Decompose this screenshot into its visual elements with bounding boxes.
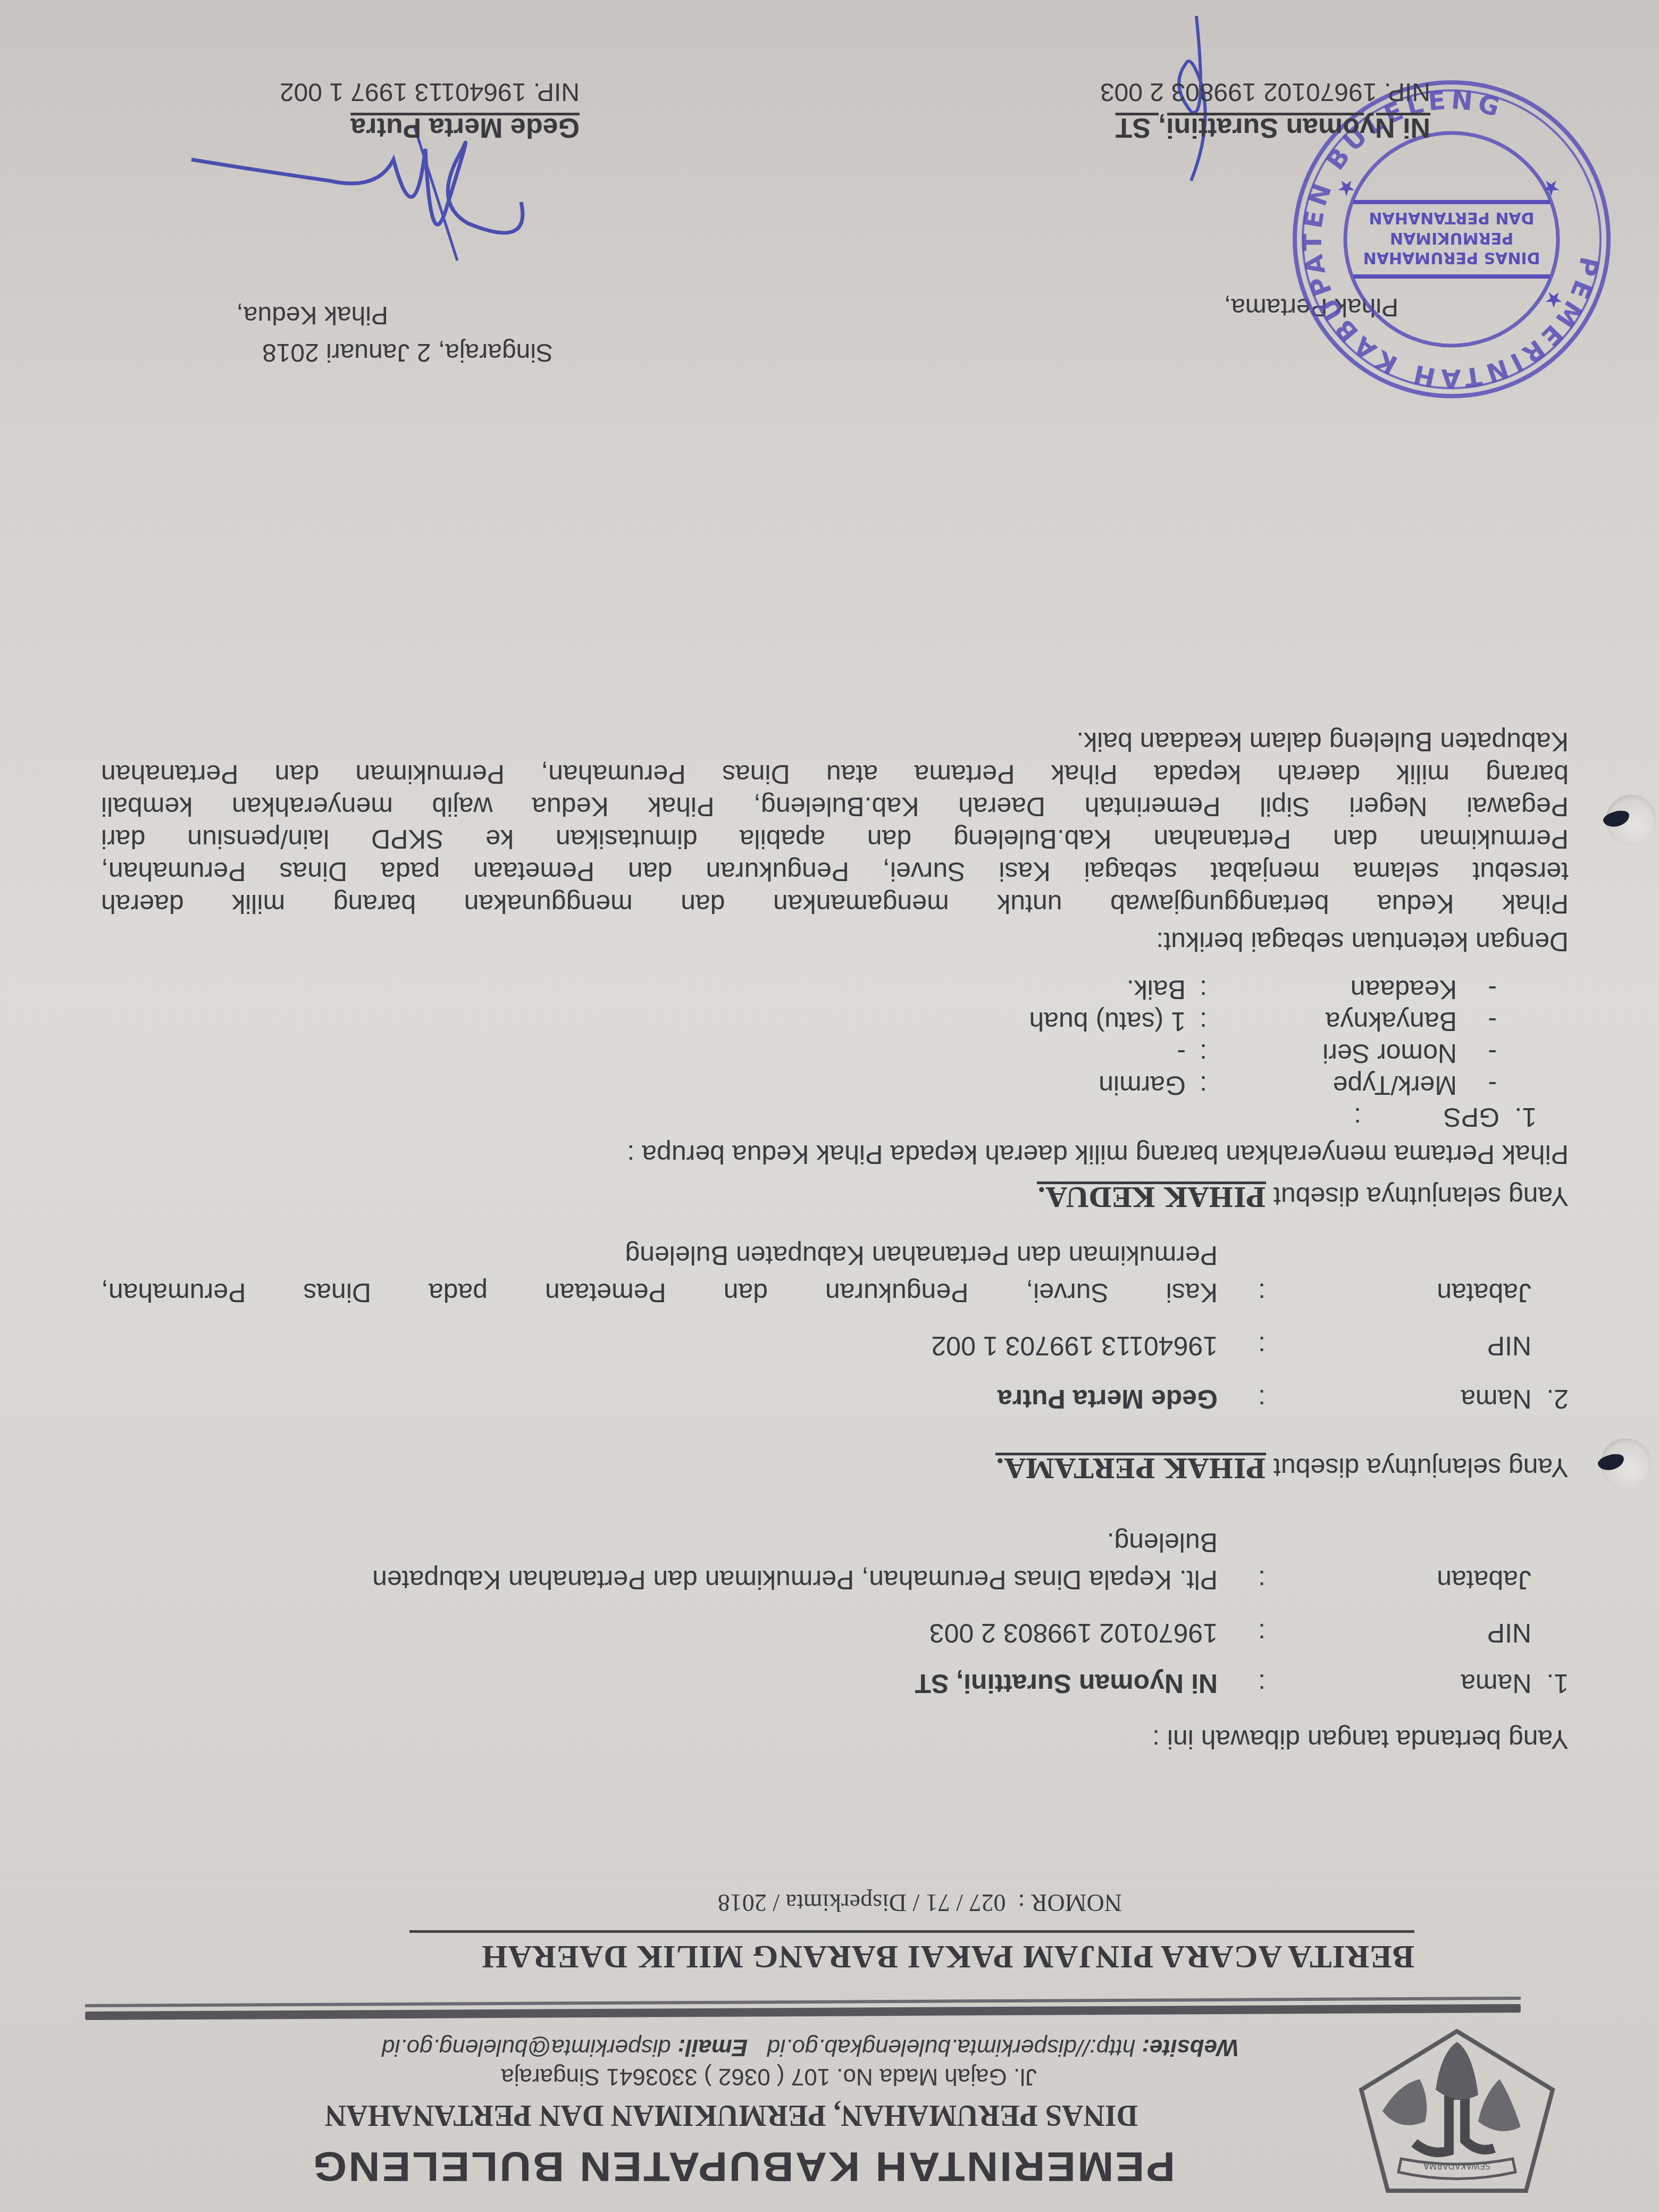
detail-colon: : bbox=[1200, 974, 1207, 1005]
colon: : bbox=[1258, 1330, 1266, 1361]
detail-value-serial: - bbox=[1177, 1038, 1186, 1069]
terms-line: Kabupaten Buleleng dalam keadaan baik. bbox=[101, 725, 1569, 758]
colon: : bbox=[1258, 1564, 1266, 1595]
party1-position-line1: Plt. Kepala Dinas Perumahan, Permukiman … bbox=[372, 1564, 1218, 1595]
item-colon: : bbox=[1354, 1102, 1361, 1133]
letterhead-divider-thick bbox=[85, 2004, 1521, 2020]
second-party-name: Gede Merta Putra bbox=[350, 112, 580, 144]
party2-position-line2: Permukiman dan Pertanahan Kabupaten Bule… bbox=[625, 1240, 1218, 1271]
second-party-nip: NIP. 19640113 1997 1 002 bbox=[280, 77, 580, 106]
handover-intro: Pihak Pertama menyerahkan barang milik d… bbox=[627, 1139, 1569, 1170]
place-date: Singaraja, 2 Januari 2018 bbox=[262, 338, 553, 367]
title-underline bbox=[409, 1930, 1414, 1933]
letterhead-government: PEMERINTAH KABUPATEN BULELENG bbox=[311, 2142, 1175, 2191]
svg-text:★: ★ bbox=[1544, 287, 1563, 312]
detail-value-merk: Garmin bbox=[1099, 1070, 1186, 1101]
detail-dash: - bbox=[1488, 1006, 1497, 1037]
colon: : bbox=[1258, 1668, 1266, 1699]
party1-nip: 19670102 199803 2 003 bbox=[929, 1618, 1218, 1648]
document-title: BERITA ACARA PINJAM PAKAI BARANG MILIK D… bbox=[481, 1938, 1414, 1975]
detail-dash: - bbox=[1488, 974, 1497, 1005]
document-page: SEWAKADARMA PEMERINTAH KABUPATEN BULELEN… bbox=[0, 0, 1659, 2212]
website-link[interactable]: http://disperkimta.bulelengkab.go.id bbox=[767, 2034, 1135, 2060]
party1-nip-label: NIP bbox=[1487, 1618, 1531, 1648]
letterhead-address: Jl. Gajah Mada No. 107 ( 0362 ) 3303641 … bbox=[501, 2063, 1037, 2090]
svg-text:★: ★ bbox=[1541, 175, 1561, 200]
first-party-name: Ni Nyoman Surattini, ST bbox=[1116, 112, 1430, 144]
colon: : bbox=[1258, 1277, 1266, 1308]
intro-text: Yang bertanda tangan dibawah ini : bbox=[1152, 1724, 1569, 1755]
party2-position-label: Jabatan bbox=[1437, 1277, 1531, 1308]
item-index: 1. bbox=[1514, 1102, 1537, 1133]
first-party-nip: NIP. 19670102 199803 2 003 bbox=[1100, 77, 1430, 106]
svg-text:DINAS PERUMAHAN: DINAS PERUMAHAN bbox=[1363, 248, 1540, 267]
party1-position-label: Jabatan bbox=[1437, 1564, 1531, 1595]
detail-colon: : bbox=[1200, 1070, 1207, 1101]
number-label: NOMOR bbox=[1031, 1889, 1122, 1916]
detail-colon: : bbox=[1200, 1006, 1207, 1037]
svg-text:SEWAKADARMA: SEWAKADARMA bbox=[1423, 2161, 1490, 2171]
email-link[interactable]: disperkimta@buleleng.go.id bbox=[382, 2034, 671, 2060]
detail-label-condition: Keadaan bbox=[1351, 974, 1457, 1005]
punch-hole bbox=[1601, 1438, 1651, 1489]
svg-text:PERMUKIMAN: PERMUKIMAN bbox=[1390, 229, 1513, 247]
detail-dash: - bbox=[1488, 1070, 1497, 1101]
buleleng-regency-crest-icon: SEWAKADARMA bbox=[1356, 2026, 1558, 2201]
party2-designation-term: PIHAK KEDUA. bbox=[1037, 1181, 1266, 1212]
detail-value-quantity: 1 (satu) buah bbox=[1029, 1006, 1186, 1037]
second-party-role: Pihak Kedua, bbox=[236, 300, 388, 330]
svg-text:★: ★ bbox=[1337, 175, 1356, 200]
svg-text:DAN PERTANAHAN: DAN PERTANAHAN bbox=[1369, 208, 1534, 227]
detail-label-quantity: Banyaknya bbox=[1326, 1006, 1457, 1037]
colon: : bbox=[1258, 1618, 1266, 1648]
party1-position-line2: Buleleng. bbox=[1107, 1527, 1218, 1558]
punch-hole bbox=[1606, 795, 1656, 845]
party1-name-label: 1. Nama bbox=[1461, 1668, 1569, 1699]
number-value: 027 / 71 / Disperkimta / 2018 bbox=[718, 1889, 1006, 1916]
terms-paragraph: Pihak Kedua bertanggungjawab untuk menga… bbox=[101, 725, 1569, 920]
detail-dash: - bbox=[1488, 1038, 1497, 1069]
email-label: Email: bbox=[677, 2034, 748, 2060]
party1-designation: Yang selanjutnya disebut PIHAK PERTAMA. bbox=[995, 1452, 1569, 1484]
website-label: Website: bbox=[1142, 2034, 1239, 2060]
document-number: NOMOR : 027 / 71 / Disperkimta / 2018 bbox=[718, 1889, 1122, 1917]
detail-label-merk: Merk/Type bbox=[1333, 1070, 1457, 1101]
party2-position-line1: Kasi Survei, Pengukuran dan Pemetaan pad… bbox=[101, 1277, 1218, 1308]
terms-intro: Dengan ketentuan sebagai berikut: bbox=[1156, 926, 1569, 957]
detail-colon: : bbox=[1200, 1038, 1207, 1069]
colon: : bbox=[1258, 1384, 1266, 1414]
terms-line: Permukiman dan Pertanahan Kab.Buleleng d… bbox=[101, 823, 1569, 855]
terms-line: Pihak Kedua bertanggungjawab untuk menga… bbox=[101, 887, 1569, 920]
party2-designation: Yang selanjutnya disebut PIHAK KEDUA. bbox=[1037, 1181, 1569, 1212]
terms-line: tersebut selama menjabat sebagai Kasi Su… bbox=[101, 855, 1569, 887]
party2-name-label: 2. Nama bbox=[1461, 1384, 1569, 1414]
item-name: GPS bbox=[1443, 1102, 1499, 1133]
party2-nip: 19640113 199703 1 002 bbox=[931, 1330, 1218, 1361]
party1-name: Ni Nyoman Surattini, ST bbox=[915, 1668, 1218, 1699]
letterhead-agency: DINAS PERUMAHAN, PERMUKIMAN DAN PERTANAH… bbox=[325, 2098, 1138, 2132]
terms-line: Pegawai Negeri Sipil Pemerintah Daerah K… bbox=[101, 790, 1569, 823]
party2-nip-label: NIP bbox=[1487, 1330, 1531, 1361]
terms-line: barang milik daerah kepada Pihak Pertama… bbox=[101, 758, 1569, 790]
party1-designation-term: PIHAK PERTAMA. bbox=[995, 1452, 1266, 1484]
detail-value-condition: Baik. bbox=[1127, 974, 1186, 1005]
letterhead-contact: Website: http://disperkimta.bulelengkab.… bbox=[382, 2034, 1239, 2060]
detail-label-serial: Nomor Seri bbox=[1322, 1038, 1457, 1069]
party2-name: Gede Merta Putra bbox=[998, 1384, 1218, 1414]
